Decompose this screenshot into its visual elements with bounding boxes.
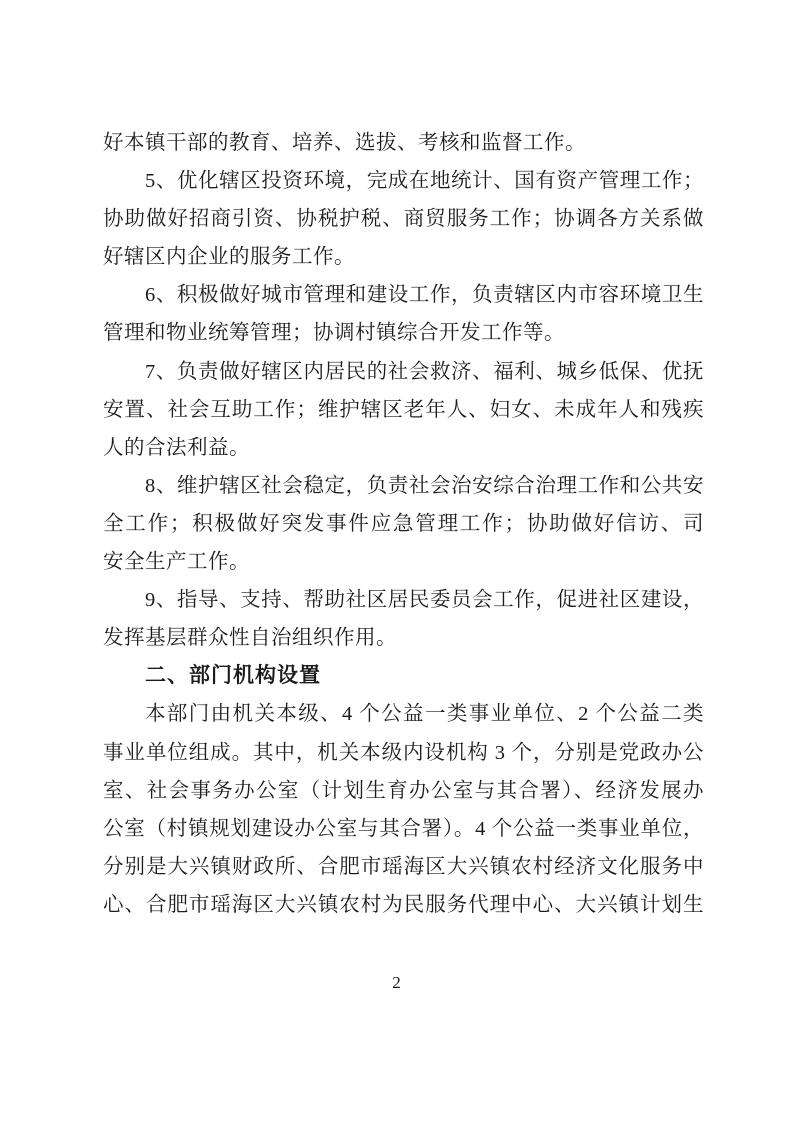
section-heading: 二、部门机构设置 — [103, 657, 704, 695]
text-line: 全工作；积极做好突发事件应急管理工作；协助做好信访、司法、 — [103, 505, 704, 543]
text-line: 5、优化辖区投资环境，完成在地统计、国有资产管理工作； — [103, 162, 704, 200]
text-line: 6、积极做好城市管理和建设工作，负责辖区内市容环境卫生 — [103, 276, 704, 314]
text-line: 事业单位组成。其中，机关本级内设机构 3 个，分别是党政办公 — [103, 734, 704, 772]
text-line: 本部门由机关本级、4 个公益一类事业单位、2 个公益二类 — [103, 695, 704, 733]
text-line: 公室（村镇规划建设办公室与其合署）。4 个公益一类事业单位， — [103, 810, 704, 848]
text-line: 安全生产工作。 — [103, 543, 704, 581]
text-line: 8、维护辖区社会稳定，负责社会治安综合治理工作和公共安 — [103, 467, 704, 505]
text-line: 好辖区内企业的服务工作。 — [103, 238, 704, 276]
text-line: 安置、社会互助工作；维护辖区老年人、妇女、未成年人和残疾 — [103, 391, 704, 429]
text-line: 7、负责做好辖区内居民的社会救济、福利、城乡低保、优抚 — [103, 353, 704, 391]
text-line: 室、社会事务办公室（计划生育办公室与其合署）、经济发展办 — [103, 772, 704, 810]
text-line: 9、指导、支持、帮助社区居民委员会工作，促进社区建设， — [103, 581, 704, 619]
text-line: 心、合肥市瑶海区大兴镇农村为民服务代理中心、大兴镇计划生 — [103, 886, 704, 924]
text-line: 分别是大兴镇财政所、合肥市瑶海区大兴镇农村经济文化服务中 — [103, 848, 704, 886]
document-body: 好本镇干部的教育、培养、选拔、考核和监督工作。5、优化辖区投资环境，完成在地统计… — [103, 124, 704, 924]
text-line: 协助做好招商引资、协税护税、商贸服务工作；协调各方关系做 — [103, 200, 704, 238]
text-line: 发挥基层群众性自治组织作用。 — [103, 619, 704, 657]
page-number: 2 — [392, 973, 401, 992]
page-footer: 2 — [0, 969, 793, 997]
text-line: 人的合法利益。 — [103, 429, 704, 467]
document-page: 好本镇干部的教育、培养、选拔、考核和监督工作。5、优化辖区投资环境，完成在地统计… — [0, 0, 793, 1122]
text-line: 好本镇干部的教育、培养、选拔、考核和监督工作。 — [103, 124, 704, 162]
text-line: 管理和物业统筹管理；协调村镇综合开发工作等。 — [103, 314, 704, 352]
